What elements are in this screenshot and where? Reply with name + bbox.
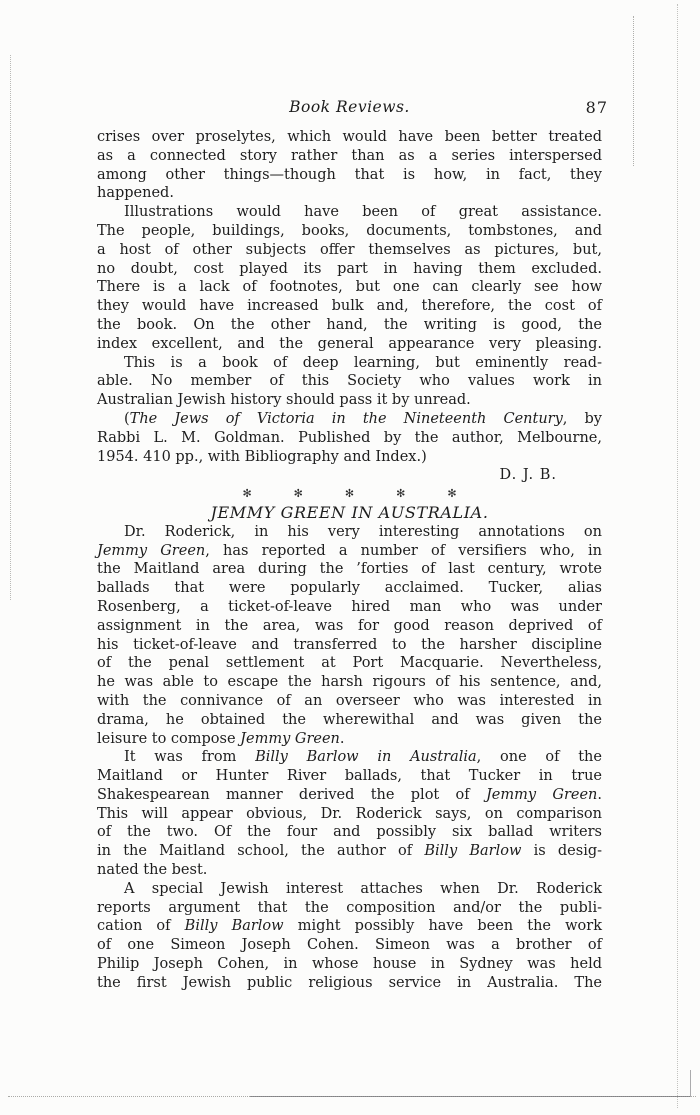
text-line: happened. — [97, 184, 602, 203]
page-number: 87 — [586, 98, 608, 117]
scan-artifact-corner-tick — [690, 1070, 691, 1097]
text-line: cation of Billy Barlow might possibly ha… — [97, 917, 602, 936]
page-body: crises over proselytes, which would have… — [97, 128, 602, 993]
text-line: (The Jews of Victoria in the Nineteenth … — [97, 410, 602, 429]
text-line: assignment in the area, was for good rea… — [97, 617, 602, 636]
asterisk-icon: ✻ — [242, 487, 251, 500]
text-line: Shakespearean manner derived the plot of… — [97, 786, 602, 805]
paragraph: This is a book of deep learning, but emi… — [97, 354, 602, 410]
text-line: Philip Joseph Cohen, in whose house in S… — [97, 955, 602, 974]
text-line: with the connivance of an overseer who w… — [97, 692, 602, 711]
asterisk-separator: ✻✻✻✻✻ — [97, 485, 602, 504]
text-line: index excellent, and the general appeara… — [97, 335, 602, 354]
asterisk-icon: ✻ — [447, 487, 456, 500]
text-line: the first Jewish public religious servic… — [97, 974, 602, 993]
paragraph: Dr. Roderick, in his very interesting an… — [97, 523, 602, 749]
article-heading: JEMMY GREEN IN AUSTRALIA. — [97, 504, 602, 523]
text-line: Maitland or Hunter River ballads, that T… — [97, 767, 602, 786]
text-line: they would have increased bulk and, ther… — [97, 297, 602, 316]
text-line: no doubt, cost played its part in having… — [97, 260, 602, 279]
text-line: of the two. Of the four and possibly six… — [97, 823, 602, 842]
text-line: he was able to escape the harsh rigours … — [97, 673, 602, 692]
running-header: Book Reviews. 87 — [97, 98, 602, 120]
asterisk-icon: ✻ — [396, 487, 405, 500]
text-line: of one Simeon Joseph Cohen. Simeon was a… — [97, 936, 602, 955]
text-line: ballads that were popularly acclaimed. T… — [97, 579, 602, 598]
text-line: leisure to compose Jemmy Green. — [97, 730, 602, 749]
scan-artifact-right-dark-dashes — [633, 16, 634, 166]
scanned-book-page: Book Reviews. 87 crises over proselytes,… — [0, 0, 700, 1115]
text-line: Rabbi L. M. Goldman. Published by the au… — [97, 429, 602, 448]
text-line: as a connected story rather than as a se… — [97, 147, 602, 166]
paragraph: It was from Billy Barlow in Australia, o… — [97, 748, 602, 880]
scan-artifact-bottom-dark-line — [250, 1096, 690, 1097]
text-line: This will appear obvious, Dr. Roderick s… — [97, 805, 602, 824]
text-line: of the penal settlement at Port Macquari… — [97, 654, 602, 673]
text-line: Dr. Roderick, in his very interesting an… — [97, 523, 602, 542]
text-line: the book. On the other hand, the writing… — [97, 316, 602, 335]
text-line: able. No member of this Society who valu… — [97, 372, 602, 391]
paragraph: Illustrations would have been of great a… — [97, 203, 602, 353]
text-line: among other things—though that is how, i… — [97, 166, 602, 185]
text-line: The people, buildings, books, documents,… — [97, 222, 602, 241]
text-line: This is a book of deep learning, but emi… — [97, 354, 602, 373]
text-line: nated the best. — [97, 861, 602, 880]
text-line: Rosenberg, a ticket-of-leave hired man w… — [97, 598, 602, 617]
asterisk-icon: ✻ — [345, 487, 354, 500]
scan-artifact-left-dotted-line — [10, 55, 11, 600]
text-line: drama, he obtained the wherewithal and w… — [97, 711, 602, 730]
text-line: Australian Jewish history should pass it… — [97, 391, 602, 410]
scan-artifact-bottom-dotted-line — [8, 1096, 696, 1097]
asterisk-icon: ✻ — [294, 487, 303, 500]
reviewer-initials: D. J. B. — [97, 466, 602, 485]
text-line: A special Jewish interest attaches when … — [97, 880, 602, 899]
text-line: Illustrations would have been of great a… — [97, 203, 602, 222]
text-line: reports argument that the composition an… — [97, 899, 602, 918]
text-line: his ticket-of-leave and transferred to t… — [97, 636, 602, 655]
text-line: in the Maitland school, the author of Bi… — [97, 842, 602, 861]
paragraph: (The Jews of Victoria in the Nineteenth … — [97, 410, 602, 466]
scan-artifact-right-dotted-line — [677, 4, 678, 1108]
text-line: the Maitland area during the ’forties of… — [97, 560, 602, 579]
text-line: There is a lack of footnotes, but one ca… — [97, 278, 602, 297]
text-line: Jemmy Green, has reported a number of ve… — [97, 542, 602, 561]
paragraph: A special Jewish interest attaches when … — [97, 880, 602, 993]
paragraph: crises over proselytes, which would have… — [97, 128, 602, 203]
running-header-title: Book Reviews. — [97, 98, 602, 116]
text-line: 1954. 410 pp., with Bibliography and Ind… — [97, 448, 602, 467]
text-line: crises over proselytes, which would have… — [97, 128, 602, 147]
text-line: It was from Billy Barlow in Australia, o… — [97, 748, 602, 767]
text-line: a host of other subjects offer themselve… — [97, 241, 602, 260]
